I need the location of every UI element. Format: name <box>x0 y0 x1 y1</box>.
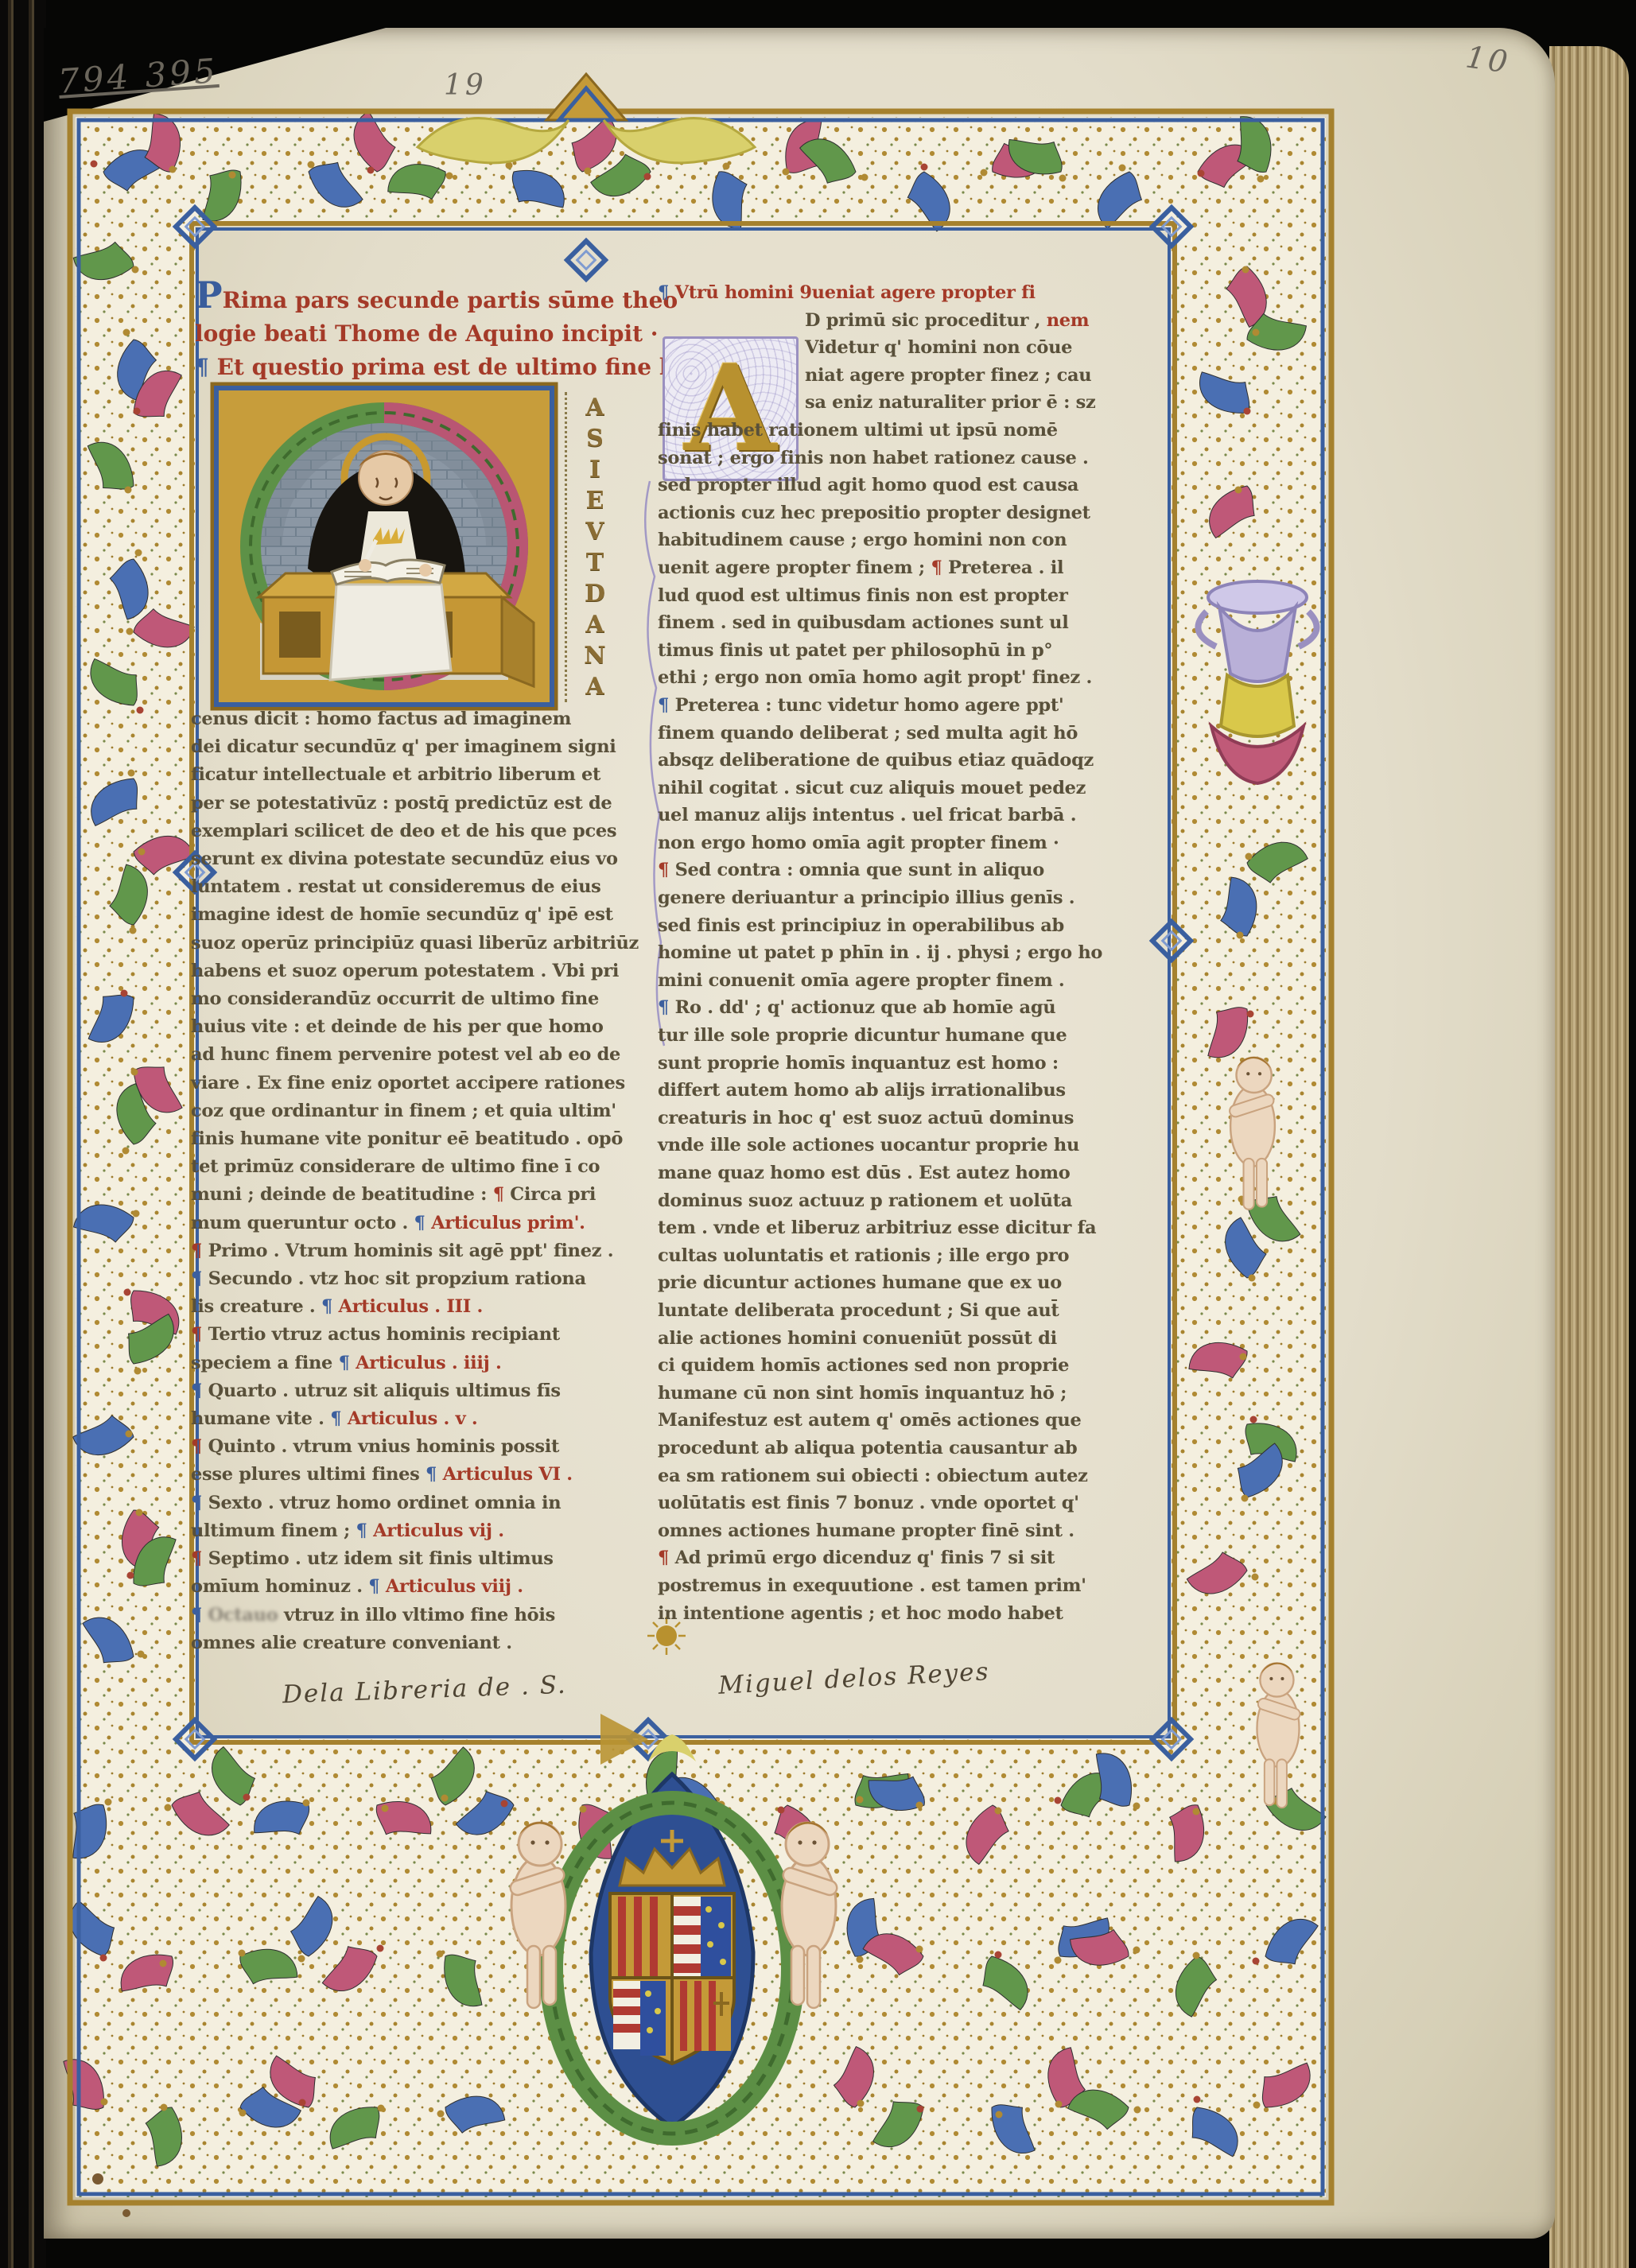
photo-stage: 794 395 19 10 PRima pars secunde partis … <box>0 0 1636 2268</box>
text-line: postremus in exequutione . est tamen pri… <box>658 1572 1143 1600</box>
text-line: suoz operūz principiūz quasi liberūz arb… <box>191 930 648 957</box>
text-line: ¶ Septimo . utz idem sit finis ultimus <box>191 1545 648 1573</box>
text-line: mane quaz homo est dūs . Est autez homo <box>658 1159 1143 1187</box>
text-line: ¶ Preterea : tunc videtur homo agere ppt… <box>658 692 1143 720</box>
text-line: tur ille sole proprie dicuntur humane qu… <box>658 1022 1143 1050</box>
text-line: viare . Ex fine eniz oportet accipere ra… <box>191 1070 648 1097</box>
ownership-inscription-right: Miguel delos Reyes <box>717 1657 990 1700</box>
text-line: ¶ Sexto . vtruz homo ordinet omnia in <box>191 1489 648 1517</box>
text-line: mini conuenit omīa agere propter finem . <box>658 967 1143 995</box>
text-line: ¶ Primo . Vtrum hominis sit agē ppt' fin… <box>191 1237 648 1265</box>
vertical-gold-letters: ASIEVTDANA <box>565 392 618 702</box>
text-line: humane cū non sint homīs inquantuz hō ; <box>658 1380 1143 1408</box>
text-line: per se potestativūz : postq̄ predictūz e… <box>191 790 648 817</box>
gold-letter: A <box>572 392 618 423</box>
text-line: habens et suoz operum potestatem . Vbi p… <box>191 957 648 985</box>
manuscript-page: 794 395 19 10 PRima pars secunde partis … <box>44 28 1555 2239</box>
gold-letter: I <box>572 454 618 485</box>
wormhole <box>92 2173 103 2185</box>
text-line: uel manuz alijs intentus . uel fricat ba… <box>658 802 1143 829</box>
text-line: logie beati Thome de Aquino incipit · <box>195 317 664 351</box>
text-line: differt autem homo ab alijs irrationalib… <box>658 1077 1143 1105</box>
right-text-column: ¶ Vtrū homini 9ueniat agere propter fiD … <box>658 279 1143 1627</box>
text-line: niat agere propter finez ; cau <box>658 362 1143 390</box>
wormhole <box>122 2209 130 2217</box>
text-line: uolūtatis est finis 7 bonuz . vnde oport… <box>658 1489 1143 1517</box>
text-line: ¶ Octauo vtruz in illo vltimo fine hōis <box>191 1602 648 1629</box>
text-line: sonat ; ergo finis non habet rationez ca… <box>658 445 1143 472</box>
text-line: uenit agere propter finem ; ¶ Preterea .… <box>658 554 1143 582</box>
text-line: esse plures ultimi fines ¶ Articulus VI … <box>191 1461 648 1489</box>
text-line: speciem a fine ¶ Articulus . iiij . <box>191 1350 648 1377</box>
text-line: ¶ Sed contra : omnia que sunt in aliquo <box>658 856 1143 884</box>
text-line: Manifestuz est autem q' omēs actiones qu… <box>658 1407 1143 1435</box>
incipit-rubric: PRima pars secunde partis sūme theologie… <box>195 278 664 384</box>
text-line: tet primūz considerare de ultimo fine ī … <box>191 1153 648 1181</box>
text-line: ethi ; ergo non omīa homo agit propt' fi… <box>658 664 1143 692</box>
quire-number-pencil: 19 <box>444 69 487 102</box>
text-line: alie actiones homini conueniūt possūt di <box>658 1325 1143 1353</box>
left-text-column: cenus dicit : homo factus ad imaginemdei… <box>191 705 648 1657</box>
text-line: huius vite : et deinde de his per que ho… <box>191 1013 648 1041</box>
text-line: ci quidem homīs actiones sed non proprie <box>658 1352 1143 1380</box>
text-line: in intentione agentis ; et hoc modo habe… <box>658 1600 1143 1628</box>
ownership-inscription-left: Dela Libreria de . S. <box>282 1671 567 1709</box>
text-line: actionis cuz hec prepositio propter desi… <box>658 499 1143 527</box>
text-line: dominus suoz actuuz p rationem et uolūta <box>658 1187 1143 1215</box>
text-line: luntate deliberata procedunt ; Si que au… <box>658 1297 1143 1325</box>
text-line: omnes alie creature conveniant . <box>191 1629 648 1657</box>
folio-number-pencil: 10 <box>1463 39 1513 80</box>
text-line: ¶ Et questio prima est de ultimo fine ho… <box>195 351 664 384</box>
text-line: sed finis est principiuz in operabilibus… <box>658 912 1143 940</box>
text-line: ¶ Secundo . vtz hoc sit propzium rationa <box>191 1265 648 1293</box>
text-line: ¶ Ro . dd' ; q' actionuz que ab homīe ag… <box>658 994 1143 1022</box>
text-line: finem quando deliberat ; sed multa agit … <box>658 720 1143 748</box>
text-line: dei dicatur secundūz q' per imaginem sig… <box>191 733 648 761</box>
text-line: finis habet rationem ultimi ut ipsū nomē <box>658 417 1143 445</box>
text-line: homine ut patet p phīn in . ij . physi ;… <box>658 939 1143 967</box>
text-line: creaturis in hoc q' est suoz actuū domin… <box>658 1105 1143 1132</box>
text-line: ultimum finem ; ¶ Articulus vij . <box>191 1517 648 1545</box>
text-line: ficatur intellectuale et arbitrio liberu… <box>191 761 648 789</box>
wreath-putto-left <box>508 1822 565 2008</box>
text-line: PRima pars secunde partis sūme theo <box>195 278 664 317</box>
page-fore-edge <box>1549 46 1629 2268</box>
gold-letter: A <box>572 609 618 640</box>
thomas-aquinas-miniature <box>212 384 556 709</box>
text-line: tem . vnde et liberuz arbitriuz esse dic… <box>658 1214 1143 1242</box>
gold-letter: N <box>572 640 618 671</box>
text-line: omnes actiones humane propter finē sint … <box>658 1517 1143 1545</box>
text-line: sunt proprie homīs inquantuz est homo : <box>658 1050 1143 1078</box>
text-line: cultas uoluntatis et rationis ; ille erg… <box>658 1242 1143 1270</box>
text-line: luntatem . restat ut consideremus de eiu… <box>191 873 648 901</box>
text-line: lud quod est ultimus finis non est propt… <box>658 582 1143 610</box>
text-line: omīum hominuz . ¶ Articulus viij . <box>191 1573 648 1601</box>
gold-letter: E <box>572 485 618 516</box>
text-line: lis creature . ¶ Articulus . III . <box>191 1293 648 1321</box>
text-line: coz que ordinantur in finem ; et quia ul… <box>191 1097 648 1125</box>
text-line: prie dicuntur actiones humane que ex uo <box>658 1269 1143 1297</box>
text-line: serunt ex divina potestate secundūz eius… <box>191 845 648 873</box>
border-putto-right <box>1228 1057 1275 1210</box>
text-line: habitudinem cause ; ergo homini non con <box>658 526 1143 554</box>
gold-letter: V <box>572 516 618 547</box>
text-line: finis humane vite ponitur eē beatitudo .… <box>191 1125 648 1153</box>
text-line: non ergo homo omīa agit propter finem · <box>658 829 1143 857</box>
text-line: procedunt ab aliqua potentia causantur a… <box>658 1435 1143 1462</box>
text-line: ad hunc finem pervenire potest vel ab eo… <box>191 1041 648 1069</box>
gold-letter: D <box>572 578 618 609</box>
book-spine <box>0 0 46 2268</box>
text-line: humane vite . ¶ Articulus . v . <box>191 1405 648 1433</box>
text-line: genere deriuantur a principio illius gen… <box>658 884 1143 912</box>
gold-letter: T <box>572 547 618 578</box>
coat-of-arms-wreath <box>551 1734 793 2134</box>
text-line: ea sm rationem sui obiecti : obiectum au… <box>658 1462 1143 1490</box>
text-line: timus finis ut patet per philosophū in p… <box>658 637 1143 665</box>
text-line: ¶ Vtrū homini 9ueniat agere propter fi <box>658 279 1143 307</box>
text-line: exemplari scilicet de deo et de his que … <box>191 817 648 845</box>
text-line: finem . sed in quibusdam actiones sunt u… <box>658 609 1143 637</box>
gold-letter: S <box>572 423 618 454</box>
text-line: mo considerandūz occurrit de ultimo fine <box>191 985 648 1013</box>
text-line: absqz deliberatione de quibus etiaz quād… <box>658 747 1143 775</box>
text-line: cenus dicit : homo factus ad imaginem <box>191 705 648 733</box>
wreath-putto-right <box>781 1822 838 2008</box>
text-line: mum queruntur octo . ¶ Articulus prim'. <box>191 1210 648 1237</box>
border-vase <box>1198 581 1316 783</box>
text-line: ¶ Ad primū ergo dicenduz q' finis 7 si s… <box>658 1544 1143 1572</box>
text-line: ¶ Quinto . vtrum vnius hominis possit <box>191 1433 648 1461</box>
text-line: imagine idest de homīe secundūz q' ipē e… <box>191 901 648 929</box>
text-line: nihil cogitat . sicut cuz aliquis mouet … <box>658 775 1143 802</box>
text-line: ¶ Quarto . utruz sit aliquis ultimus fīs <box>191 1377 648 1405</box>
text-line: sed propter illud agit homo quod est cau… <box>658 472 1143 499</box>
text-line: sa eniz naturaliter prior ē : sz <box>658 389 1143 417</box>
text-line: D primū sic proceditur , nem <box>658 307 1143 335</box>
text-line: muni ; deinde de beatitudine : ¶ Circa p… <box>191 1181 648 1209</box>
gold-letter: A <box>572 671 618 702</box>
text-line: vnde ille sole actiones uocantur proprie… <box>658 1132 1143 1159</box>
text-line: Videtur q' homini non cōue <box>658 334 1143 362</box>
border-putto-lower-right <box>1257 1663 1301 1808</box>
text-line: ¶ Tertio vtruz actus hominis recipiant <box>191 1321 648 1349</box>
